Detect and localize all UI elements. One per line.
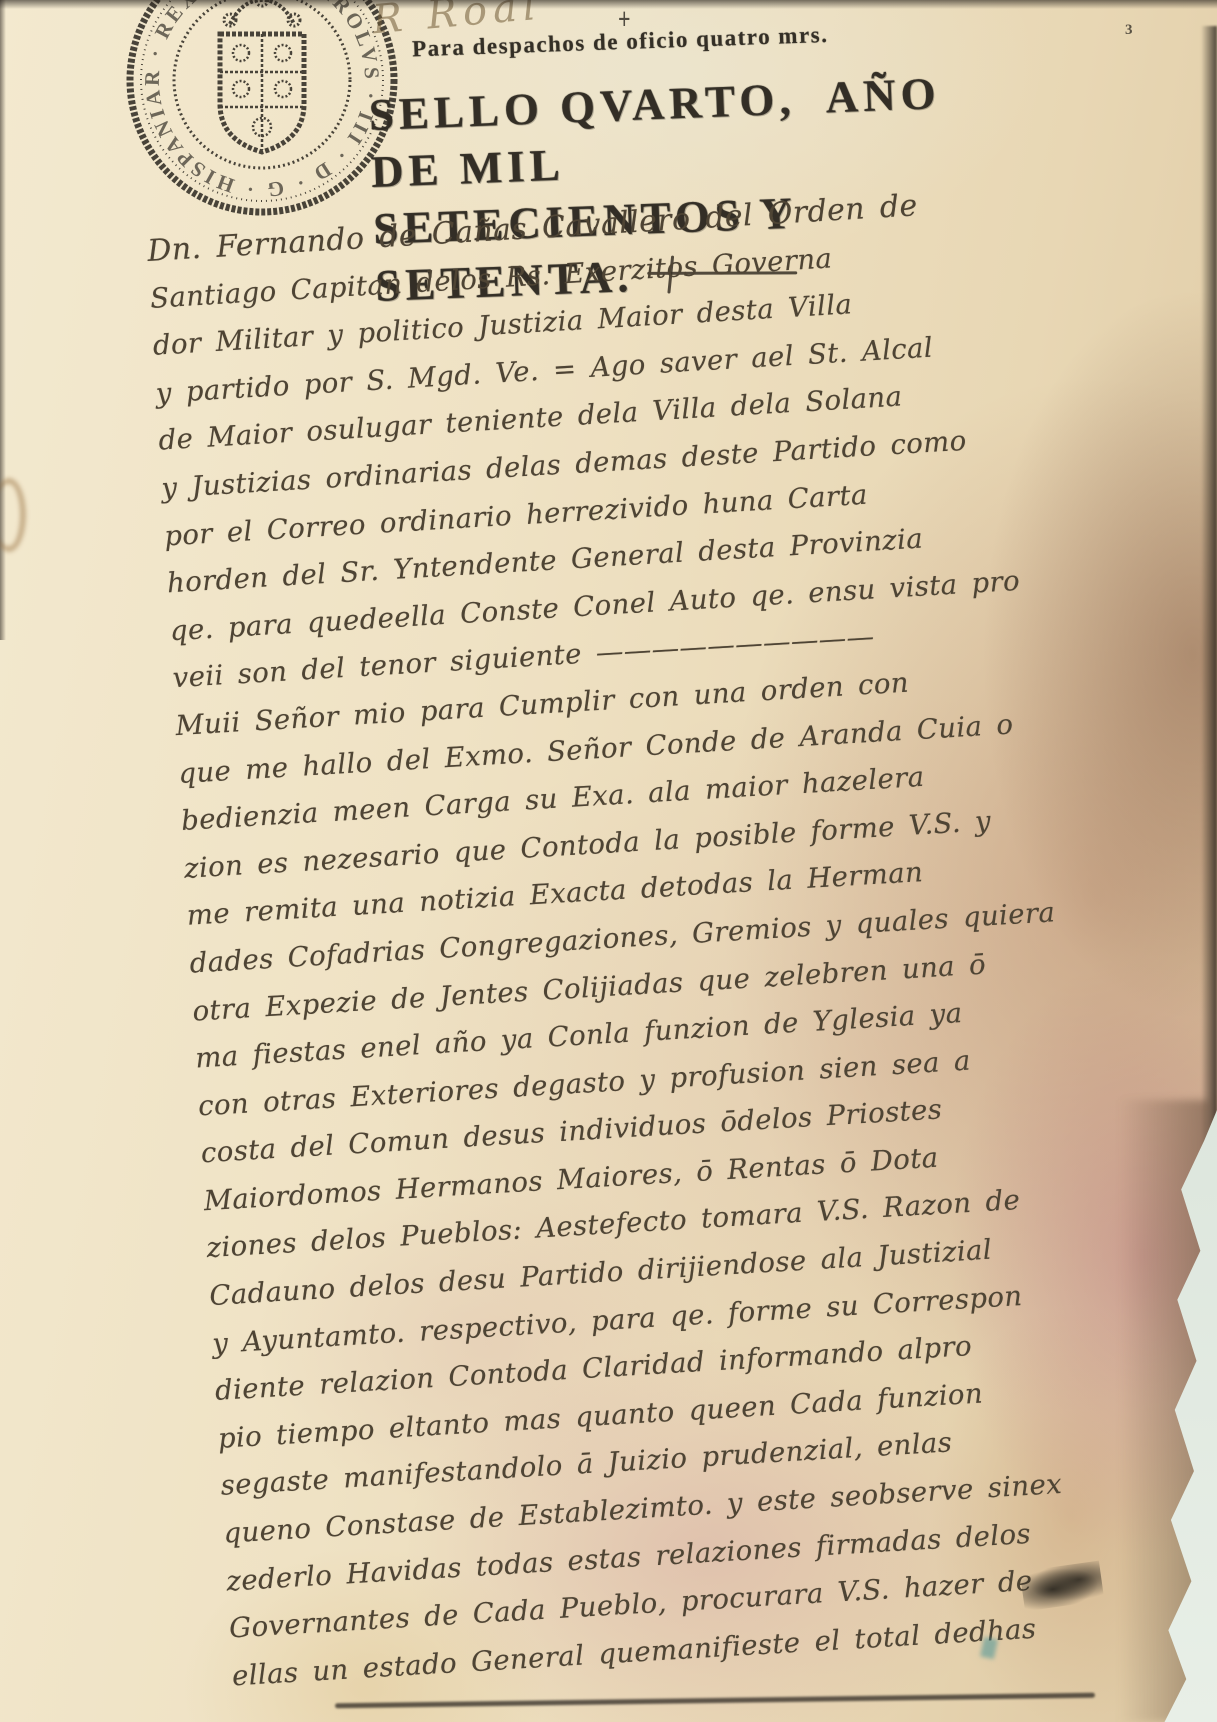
page-top-edge [0, 0, 1217, 9]
page-right-edge [1201, 26, 1217, 1156]
manuscript-page: CAROLVS · III · D · G · HISPANIAR · REX … [0, 0, 1217, 1722]
teal-ink-mark [980, 1637, 998, 1659]
ink-mark: 3 [1125, 22, 1133, 39]
royal-seal-icon: CAROLVS · III · D · G · HISPANIAR · REX … [112, 0, 412, 232]
scan-shadow-line [335, 1693, 1095, 1709]
paper-stain-spot [0, 478, 26, 552]
royal-seal-stamp: CAROLVS · III · D · G · HISPANIAR · REX … [112, 0, 412, 237]
manuscript-text: Dn. Fernando de Cañas Cavallero del Orde… [146, 180, 1042, 1701]
tax-stamp-line1-right: AÑO [824, 65, 941, 126]
